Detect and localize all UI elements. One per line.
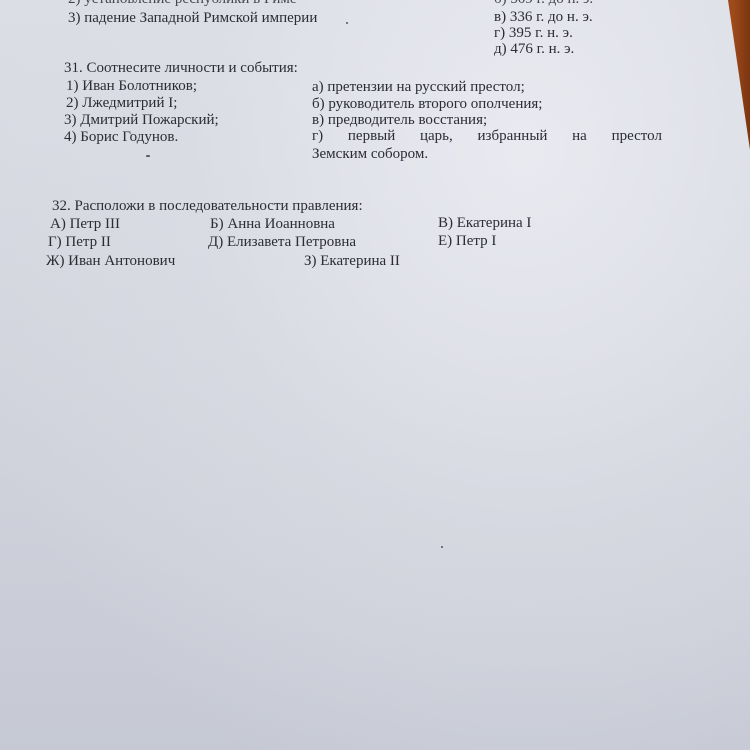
prev-right-item-g: г) 395 г. н. э. [494, 25, 573, 42]
prev-right-item-b: б) 509 г. до н. э. [494, 0, 593, 8]
prev-right-item-d: д) 476 г. н. э. [494, 41, 574, 58]
q31-person-2: 2) Лжедмитрий I; [66, 95, 177, 112]
q31-title: 31. Соотнесите личности и события: [64, 60, 298, 77]
q32-option-e: Е) Петр I [438, 233, 496, 250]
q31-event-g-word: первый [348, 128, 395, 145]
q31-event-g-continuation: Земским собором. [312, 146, 428, 163]
q32-option-g: Г) Петр II [48, 234, 111, 251]
q31-event-v: в) предводитель восстания; [312, 112, 487, 129]
q32-option-b: Б) Анна Иоанновна [210, 216, 335, 233]
pencil-mark [146, 155, 150, 157]
q32-title: 32. Расположи в последовательности правл… [52, 198, 363, 215]
q31-event-g-word: на [572, 128, 587, 145]
prev-left-item-2: 2) установление республики в Риме [68, 0, 297, 8]
q32-option-z: З) Екатерина II [304, 253, 400, 270]
q31-event-a: а) претензии на русский престол; [312, 79, 525, 96]
q31-event-g-word: г) [312, 128, 323, 145]
q31-event-g-word: престол [612, 128, 662, 145]
q31-event-g: г) первый царь, избранный на престол [312, 128, 662, 145]
q32-option-zh: Ж) Иван Антонович [46, 253, 175, 270]
q31-event-b: б) руководитель второго ополчения; [312, 96, 542, 113]
q31-person-1: 1) Иван Болотников; [66, 78, 197, 95]
prev-left-item-3: 3) падение Западной Римской империи [68, 10, 317, 27]
q31-event-g-word: царь, [420, 128, 453, 145]
q32-option-d: Д) Елизавета Петровна [208, 234, 356, 251]
q31-event-g-word: избранный [478, 128, 548, 145]
q31-person-4: 4) Борис Годунов. [64, 129, 178, 146]
q31-person-3: 3) Дмитрий Пожарский; [64, 112, 219, 129]
prev-right-item-v: в) 336 г. до н. э. [494, 9, 593, 26]
speck [441, 546, 443, 548]
speck [346, 22, 348, 24]
q32-option-a: А) Петр III [50, 216, 120, 233]
q32-option-v: В) Екатерина I [438, 215, 531, 232]
